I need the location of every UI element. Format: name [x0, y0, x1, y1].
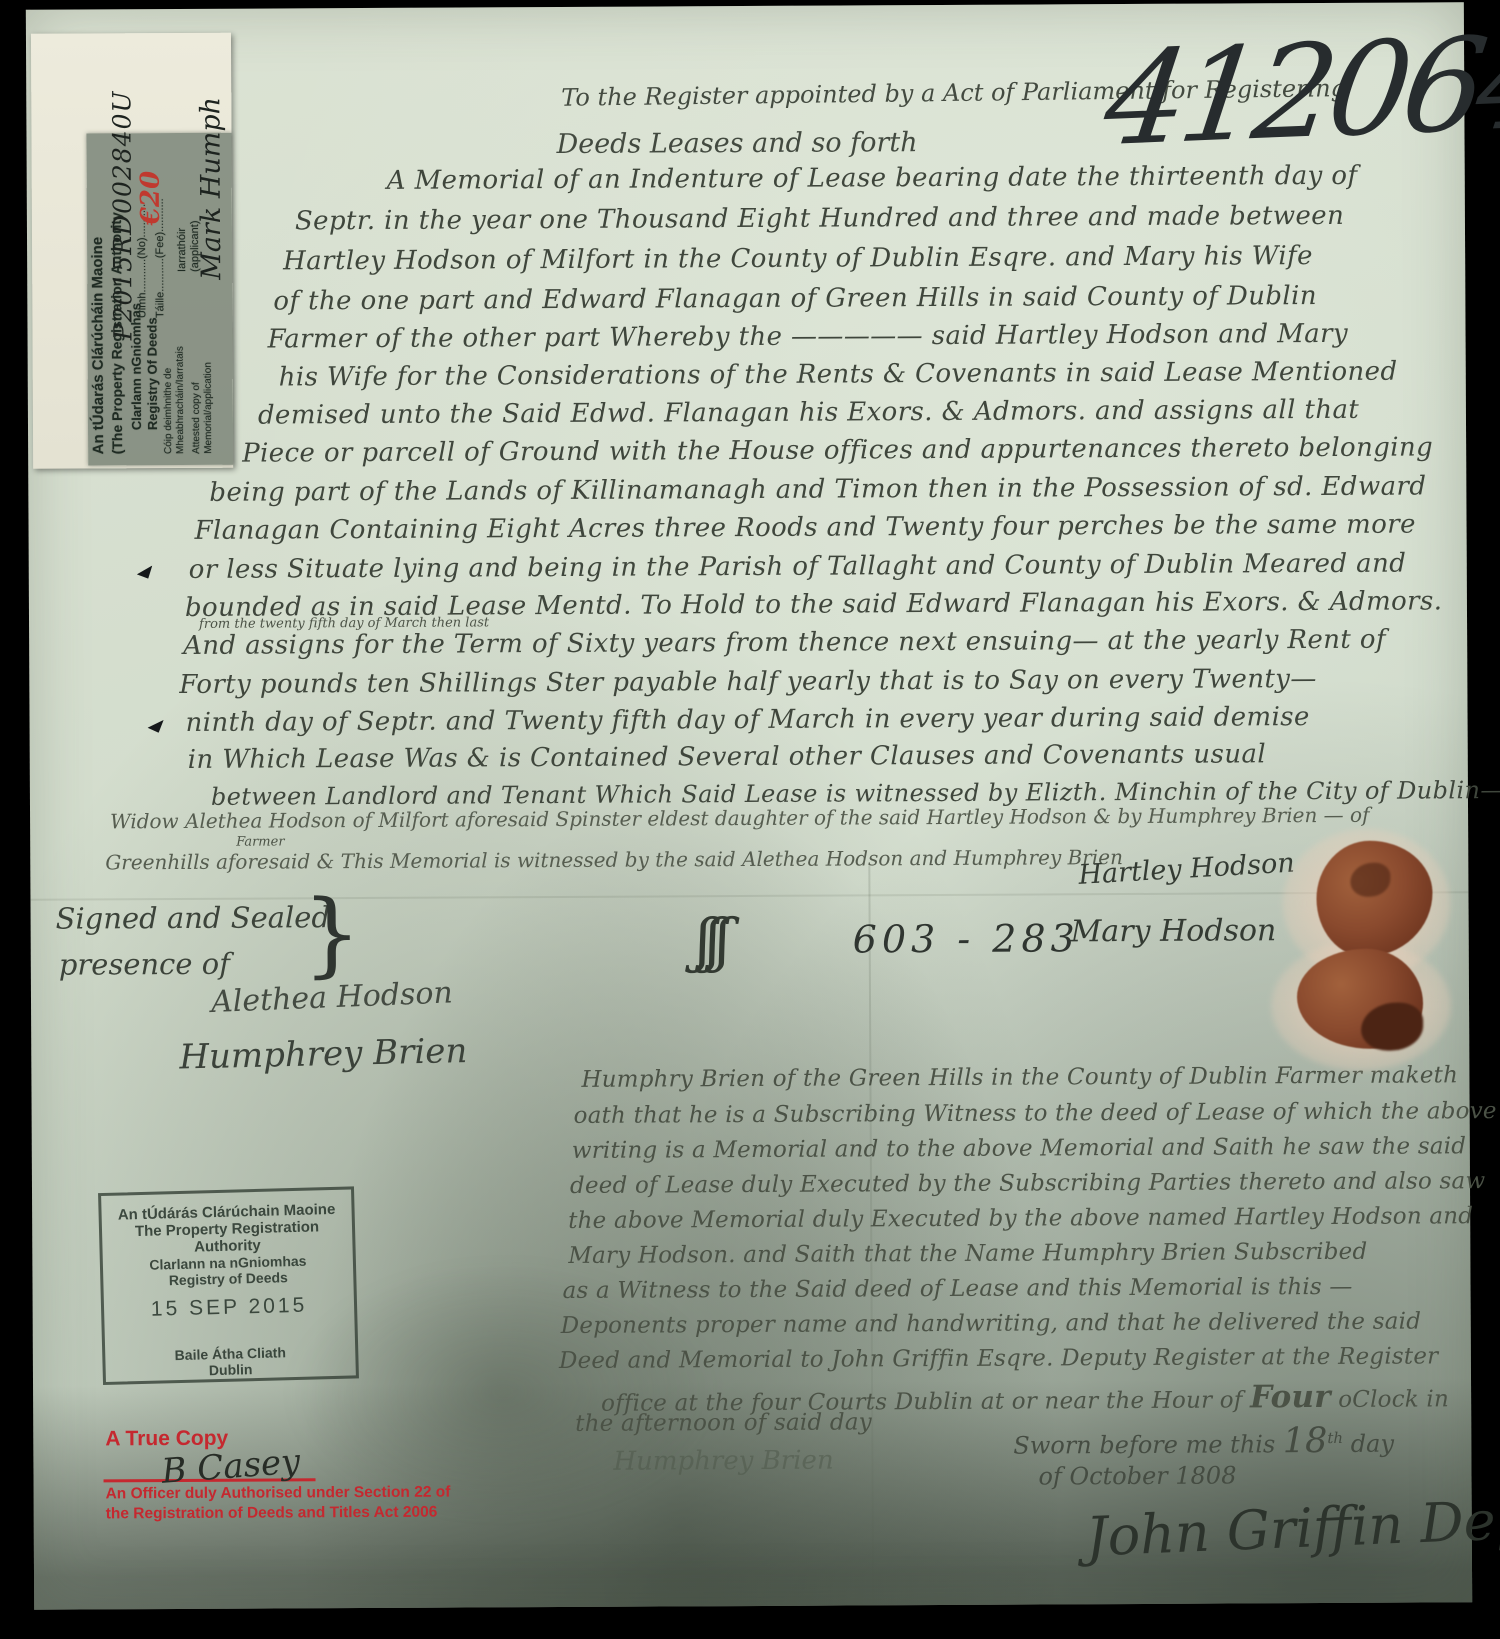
memorial-line: or less Situate lying and being in the P… — [189, 549, 1407, 585]
memorial-line: Forty pounds ten Shillings Ster payable … — [179, 664, 1317, 700]
affidavit-line: deed of Lease duly Executed by the Subsc… — [570, 1168, 1485, 1199]
witness-clause-line: Greenhills aforesaid & This Memorial is … — [105, 845, 1123, 874]
attestation-signed-sealed: Signed and Sealed — [55, 900, 330, 935]
affidavit-line: writing is a Memorial and to the above M… — [572, 1133, 1467, 1164]
memorial-line: of the one part and Edward Flanagan of G… — [273, 281, 1317, 316]
memorial-line: Hartley Hodson of Milfort in the County … — [283, 241, 1313, 276]
margin-caret-icon — [136, 565, 155, 580]
heading-line-2: Deeds Leases and so forth — [556, 127, 917, 160]
officer-authorised-line: the Registration of Deeds and Titles Act… — [106, 1504, 438, 1524]
memorial-line: Farmer of the other part Whereby the ———… — [267, 319, 1348, 355]
fold-crease-vertical — [868, 865, 874, 1605]
affidavit-line: as a Witness to the Said deed of Lease a… — [562, 1274, 1352, 1304]
affidavit-line: Deed and Memorial to John Griffin Esqre.… — [559, 1343, 1439, 1374]
book-page-reference: 603 - 283 — [853, 916, 1080, 961]
sworn-day-suffix: th — [1327, 1429, 1343, 1447]
affidavit-line: the afternoon of said day — [575, 1409, 872, 1437]
signature-humphrey-brien: Humphrey Brien — [179, 1031, 468, 1078]
stamp-copy-english: Memorial/application — [203, 362, 214, 454]
memorial-line: Septr. in the year one Thousand Eight Hu… — [295, 201, 1344, 236]
handwritten-fee-amount: €20 — [136, 171, 166, 225]
memorial-line: his Wife for the Considerations of the R… — [279, 357, 1398, 393]
stamp-copy-english: Attested copy of — [191, 382, 202, 454]
affidavit-line: Mary Hodson. and Saith that the Name Hum… — [568, 1239, 1367, 1269]
stamp-authority-irish: An tÚdarás Clárúcháin Maoine — [89, 237, 107, 455]
registry-date-stamp: An tÚdárás Clárúchain Maoine The Propert… — [98, 1186, 359, 1385]
sworn-day-number: 18 — [1283, 1421, 1328, 1461]
attestation-presence-of: presence of — [59, 947, 230, 982]
signature-mary-hodson: Mary Hodson — [1071, 913, 1277, 949]
affidavit-line: oath that he is a Subscribing Witness to… — [574, 1098, 1497, 1129]
date-stamp-date: 15 SEP 2015 — [104, 1292, 355, 1323]
margin-caret-icon — [147, 720, 166, 734]
stamp-registry-english: Registry Of Deeds — [144, 317, 160, 430]
affidavit-text: oClock in — [1331, 1386, 1449, 1413]
handwritten-application-number: P2015RD002840U — [107, 90, 137, 340]
memorial-line: Flanagan Containing Eight Acres three Ro… — [194, 510, 1415, 546]
memorial-line: ninth day of Septr. and Twenty fifth day… — [185, 702, 1309, 738]
stamp-copy-irish: Mheabhracháin/Iarratais — [175, 346, 187, 454]
signature-alethea-hodson: Alethea Hodson — [210, 975, 453, 1020]
officer-authorised-line: An Officer duly Authorised under Section… — [106, 1484, 451, 1504]
receipt-strip: An tÚdarás Clárúcháin Maoine (The Proper… — [31, 33, 233, 469]
signature-humphrey-brien-faint: Humphrey Brien — [613, 1446, 833, 1477]
affidavit-line: the above Memorial duly Executed by the … — [568, 1203, 1473, 1234]
parchment: 412064 To the Register appointed by a Ac… — [26, 2, 1472, 1610]
signature-john-griffin: John Griffin Dep Ry — [1085, 1484, 1500, 1568]
sworn-before-line: Sworn before me this 18th day — [1013, 1421, 1394, 1463]
affidavit-line: Deponents proper name and handwriting, a… — [561, 1308, 1421, 1339]
stamp-applicant-label: Iarrathóir — [176, 228, 188, 272]
registry-big-number: 412064 — [1096, 8, 1500, 176]
handwritten-applicant-name: Mark Humph — [195, 97, 227, 280]
receipt-rotated-content: An tÚdarás Clárúcháin Maoine (The Proper… — [31, 33, 233, 469]
sworn-text: Sworn before me this — [1013, 1430, 1283, 1459]
memorial-line: in Which Lease Was & is Contained Severa… — [188, 739, 1266, 775]
memorial-line: demised unto the Said Edwd. Flanagan his… — [258, 395, 1359, 431]
fold-crease-horizontal — [30, 891, 1468, 901]
memorial-line: And assigns for the Term of Sixty years … — [183, 625, 1386, 661]
sworn-text: day — [1343, 1430, 1394, 1458]
registrar-paraph: ʃʃʃ — [696, 906, 726, 974]
scanned-deed-page: 412064 To the Register appointed by a Ac… — [0, 0, 1500, 1639]
memorial-line: Piece or parcell of Ground with the Hous… — [242, 432, 1433, 468]
stamp-copy-irish: Cóip deimhnithe de — [163, 368, 174, 454]
affidavit-line: Humphry Brien of the Green Hills in the … — [581, 1062, 1458, 1093]
memorial-line: being part of the Lands of Killinamanagh… — [209, 471, 1426, 507]
affidavit-four-oclock: Four — [1250, 1379, 1331, 1415]
witness-farmer-insert: Farmer — [236, 834, 284, 849]
attestation-brace: } — [302, 880, 361, 987]
sworn-date-line: of October 1808 — [1038, 1461, 1236, 1490]
